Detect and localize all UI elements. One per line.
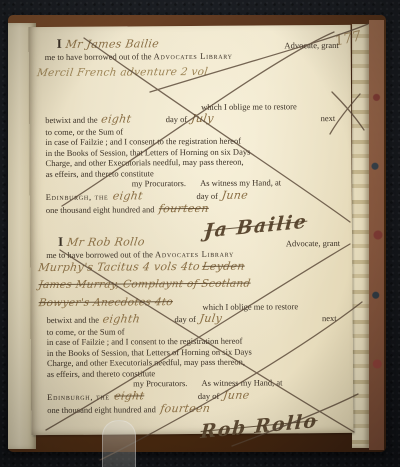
printed-borrowed-pre: me to have borrowed out of the	[46, 249, 153, 260]
entry-heading-line: I Mr James Bailie Advocate, grant	[45, 33, 341, 52]
return-date-mid-group: day of July	[174, 312, 222, 326]
handwritten-book-title-struck-word: Leyden	[202, 259, 246, 273]
photo-of-borrowing-register: 177 I Mr James Bailie Advocate, grant me…	[0, 0, 400, 467]
printed-day-of: day of	[196, 190, 218, 200]
printed-next: next	[321, 113, 336, 125]
handwritten-return-day: eighth	[102, 313, 141, 325]
printed-year: one thousand eight hundred and	[47, 404, 156, 415]
handwritten-signing-day: eight	[112, 190, 144, 202]
handwritten-return-month: July	[190, 113, 214, 125]
page-stack-fore-edge	[352, 24, 369, 448]
printed-day-of: day of	[198, 390, 220, 400]
printed-day-of: day of	[174, 314, 196, 324]
handwritten-year: fourteen	[159, 403, 211, 415]
printed-advocate-grant: Advocate, grant	[286, 238, 340, 248]
marbled-cover-edge	[369, 20, 384, 450]
printed-edinburgh: Edinburgh, the	[46, 191, 109, 201]
handwritten-book-title-text: Murphy's Tacitus 4 vols 4to	[37, 259, 200, 274]
handwritten-signing-month: June	[221, 189, 249, 201]
handwritten-book-list: Mercil French adventure 2 vol	[37, 60, 341, 102]
printed-witness: As witness my Hand, at	[201, 377, 282, 388]
handwritten-return-day: eight	[101, 113, 133, 125]
printed-edinburgh: Edinburgh, the	[47, 391, 110, 401]
printed-witness: As witness my Hand, at	[200, 177, 281, 188]
printed-library-name: Advocates Library	[154, 51, 233, 62]
printed-betwixt: betwixt and the	[47, 315, 99, 325]
printed-initial: I	[45, 36, 62, 51]
printed-initial: I	[46, 234, 63, 249]
signing-date-left-group: Edinburgh, the eight	[46, 189, 143, 203]
handwritten-book-title: Mercil French adventure 2 vol	[36, 65, 209, 80]
printed-borrowed-pre: me to have borrowed out of the	[45, 51, 152, 62]
register-entry-rollo: I Mr Rob Rollo Advocate, grant me to hav…	[46, 231, 343, 440]
return-date-left-group: betwixt and the eighth	[47, 312, 141, 326]
handwritten-book-title: James Murray, Complaynt of Scotland	[37, 278, 251, 293]
page-holder-strap	[102, 420, 136, 467]
printed-betwixt: betwixt and the	[45, 115, 97, 125]
register-page: 177 I Mr James Bailie Advocate, grant me…	[29, 25, 354, 435]
signing-date-mid-group: day of June	[196, 188, 248, 202]
handwritten-signing-month: June	[223, 389, 251, 401]
signing-date-left-group: Edinburgh, the eight	[47, 389, 144, 403]
printed-year: one thousand eight hundred and	[46, 204, 155, 215]
printed-day-of: day of	[166, 114, 188, 124]
printed-procurators: my Procurators.	[133, 378, 187, 388]
handwritten-borrower-name: Mr James Bailie	[65, 37, 160, 51]
register-entry-bailie: I Mr James Bailie Advocate, grant me to …	[45, 33, 342, 240]
handwritten-return-month: July	[199, 313, 223, 325]
return-date-left-group: betwixt and the eight	[45, 112, 132, 126]
handwritten-signing-day: eight	[113, 390, 145, 402]
entry-heading-line: I Mr Rob Rollo Advocate, grant	[46, 231, 342, 250]
printed-procurators: my Procurators.	[132, 178, 186, 188]
handwritten-borrower-name: Mr Rob Rollo	[66, 235, 145, 249]
handwritten-book-title: Murphy's Tacitus 4 vols 4to Leyden	[38, 258, 342, 275]
printed-advocate-grant: Advocate, grant	[284, 40, 338, 50]
handwritten-year: fourteen	[158, 203, 210, 215]
handwritten-book-title: Bowyer's Anecdotes 4to	[38, 296, 174, 310]
signing-date-mid-group: day of June	[198, 388, 250, 402]
printed-library-name: Advocates Library	[155, 249, 234, 260]
return-date-mid-group: day of July	[166, 112, 214, 126]
handwritten-book-list: Murphy's Tacitus 4 vols 4to Leyden James…	[38, 258, 342, 302]
signature-line: Rob Rollo	[47, 415, 343, 439]
printed-next: next	[322, 313, 337, 325]
